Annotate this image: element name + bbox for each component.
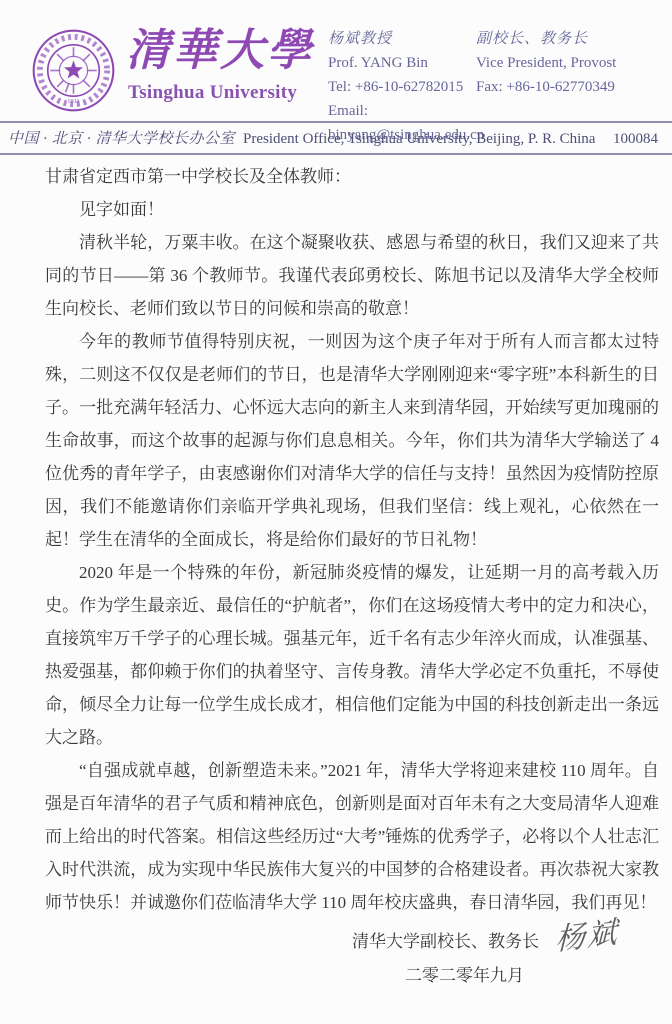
paragraph-4: “自强成就卓越，创新塑造未来。”2021 年，清华大学将迎来建校 110 周年。… bbox=[45, 754, 659, 919]
signer-title: 清华大学副校长、教务长 bbox=[352, 925, 539, 958]
address-cn: 中国 · 北京 · 清华大学校长办公室 bbox=[8, 127, 235, 148]
paragraph-1: 清秋半轮，万粟丰收。在这个凝聚收获、感恩与希望的秋日，我们又迎来了共同的节日——… bbox=[45, 226, 659, 325]
scanned-letter-page: 1911 清華大學 Tsinghua University 杨斌教授 Prof.… bbox=[0, 0, 672, 1024]
contact-name-en: Prof. YANG Bin bbox=[328, 51, 476, 75]
paragraph-3: 2020 年是一个特殊的年份，新冠肺炎疫情的爆发，让延期一月的高考载入历史。作为… bbox=[45, 556, 659, 754]
contact-fax: Fax: +86-10-62770349 bbox=[476, 75, 664, 99]
contact-name-cn: 杨斌教授 bbox=[328, 27, 476, 51]
university-name-cn: 清華大學 bbox=[126, 26, 341, 76]
contact-title-en: Vice President, Provost bbox=[476, 51, 664, 75]
university-name-en: Tsinghua University bbox=[128, 82, 341, 104]
letter-date: 二零二零年九月 bbox=[45, 961, 659, 991]
contact-tel: Tel: +86-10-62782015 bbox=[328, 75, 476, 99]
seal-star-icon bbox=[64, 61, 83, 79]
seal-year-text: 1911 bbox=[67, 98, 79, 105]
paragraph-2: 今年的教师节值得特别庆祝，一则因为这个庚子年对于所有人而言都太过特殊，二则这不仅… bbox=[45, 325, 659, 556]
paragraph-opening: 见字如面！ bbox=[45, 193, 659, 226]
letterhead: 1911 清華大學 Tsinghua University 杨斌教授 Prof.… bbox=[0, 0, 672, 122]
postal-code: 100084 bbox=[613, 131, 662, 148]
handwritten-signature: 杨斌 bbox=[555, 918, 619, 956]
tsinghua-seal-icon: 1911 bbox=[32, 29, 115, 112]
address-en: President Office, Tsinghua University, B… bbox=[243, 131, 595, 148]
letter-body: 甘肃省定西市第一中学校长及全体教师： 见字如面！ 清秋半轮，万粟丰收。在这个凝聚… bbox=[45, 160, 659, 991]
salutation: 甘肃省定西市第一中学校长及全体教师： bbox=[45, 160, 659, 193]
address-band: 中国 · 北京 · 清华大学校长办公室 President Office, Ts… bbox=[0, 121, 672, 155]
contact-title-cn: 副校长、教务长 bbox=[476, 27, 664, 51]
signature-row: 清华大学副校长、教务长 杨斌 bbox=[45, 921, 659, 961]
university-wordmark: 清華大學 Tsinghua University bbox=[126, 26, 341, 104]
